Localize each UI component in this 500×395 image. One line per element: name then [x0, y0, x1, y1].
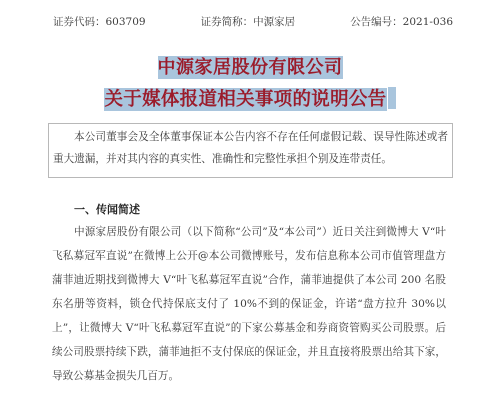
announcement-title: 关于媒体报道相关事项的说明公告: [0, 85, 500, 111]
document-header: 证券代码：603709 证券简称：中源家居 公告编号：2021-036: [53, 14, 453, 29]
company-name-text: 中源家居股份有限公司: [158, 56, 343, 79]
announcement-title-text: 关于媒体报道相关事项的说明公告: [104, 88, 386, 111]
company-name-title: 中源家居股份有限公司: [0, 53, 500, 79]
stock-name: 证券简称：中源家居: [201, 14, 296, 29]
disclaimer-box: 本公司董事会及全体董事保证本公告内容不存在任何虚假记载、误导性陈述或者重大遗漏，…: [48, 123, 453, 178]
announcement-number: 公告编号：2021-036: [350, 14, 453, 29]
disclaimer-text: 本公司董事会及全体董事保证本公告内容不存在任何虚假记载、误导性陈述或者重大遗漏，…: [53, 126, 448, 170]
stock-code: 证券代码：603709: [53, 14, 146, 29]
rumor-paragraph: 中源家居股份有限公司（以下简称“公司”及“本公司”）近日关注到微博大 V“叶飞私…: [52, 220, 446, 388]
section-heading: 一、传闻简述: [74, 201, 140, 217]
section-body: 中源家居股份有限公司（以下简称“公司”及“本公司”）近日关注到微博大 V“叶飞私…: [52, 220, 446, 388]
selection-highlight-tail: [388, 87, 396, 109]
